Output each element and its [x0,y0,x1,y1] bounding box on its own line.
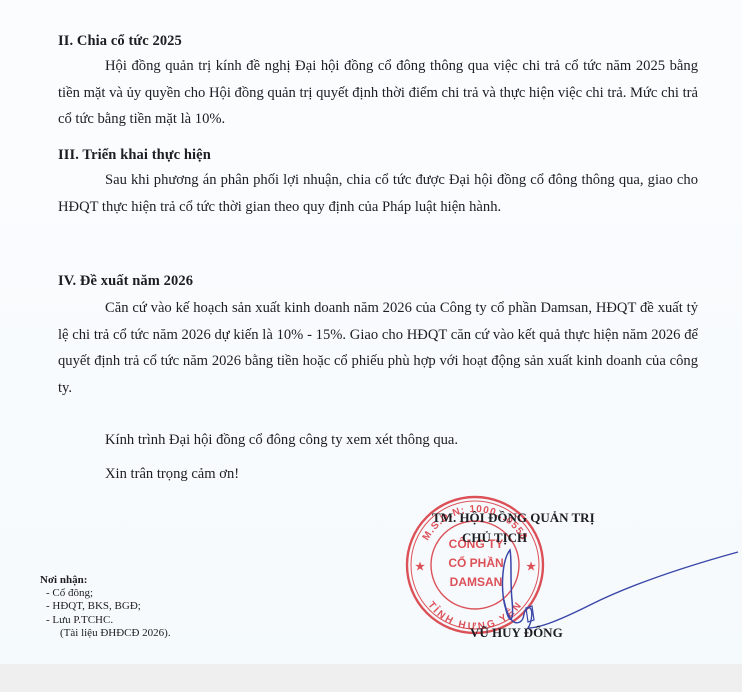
handwritten-signature [500,530,740,640]
section-heading-implementation: III. Triển khai thực hiện [58,147,211,164]
recipient-item: - HĐQT, BKS, BGĐ; [40,600,171,613]
document-page: II. Chia cổ tức 2025 Hội đồng quản trị k… [0,0,742,664]
recipient-item: - Lưu P.TCHC. [40,614,171,627]
viewer-bottom-bar [0,664,742,692]
svg-text:CỔ PHẦN: CỔ PHẦN [448,555,503,570]
svg-text:★: ★ [415,561,425,573]
closing-thanks: Xin trân trọng cảm ơn! [105,466,239,483]
recipients-block: Nơi nhận: - Cổ đông; - HĐQT, BKS, BGĐ; -… [40,574,171,640]
recipients-title: Nơi nhận: [40,574,171,587]
recipient-item: - Cổ đông; [40,587,171,600]
section-paragraph-proposal-2026: Căn cứ vào kế hoạch sản xuất kinh doanh … [58,295,698,401]
section-heading-proposal-2026: IV. Đề xuất năm 2026 [58,273,193,290]
signer-name: VŨ HUY ĐÔNG [470,625,563,641]
recipient-note: (Tài liệu ĐHĐCĐ 2026). [40,627,171,640]
svg-text:DAMSAN: DAMSAN [450,575,503,589]
section-paragraph-dividend-2025: Hội đồng quản trị kính đề nghị Đại hội đ… [58,53,698,133]
signature-title: TM. HỘI ĐỒNG QUẢN TRỊ [432,510,595,526]
closing-request: Kính trình Đại hội đồng cổ đông công ty … [105,432,458,449]
section-heading-dividend-2025: II. Chia cổ tức 2025 [58,33,182,50]
section-paragraph-implementation: Sau khi phương án phân phối lợi nhuận, c… [58,167,698,220]
